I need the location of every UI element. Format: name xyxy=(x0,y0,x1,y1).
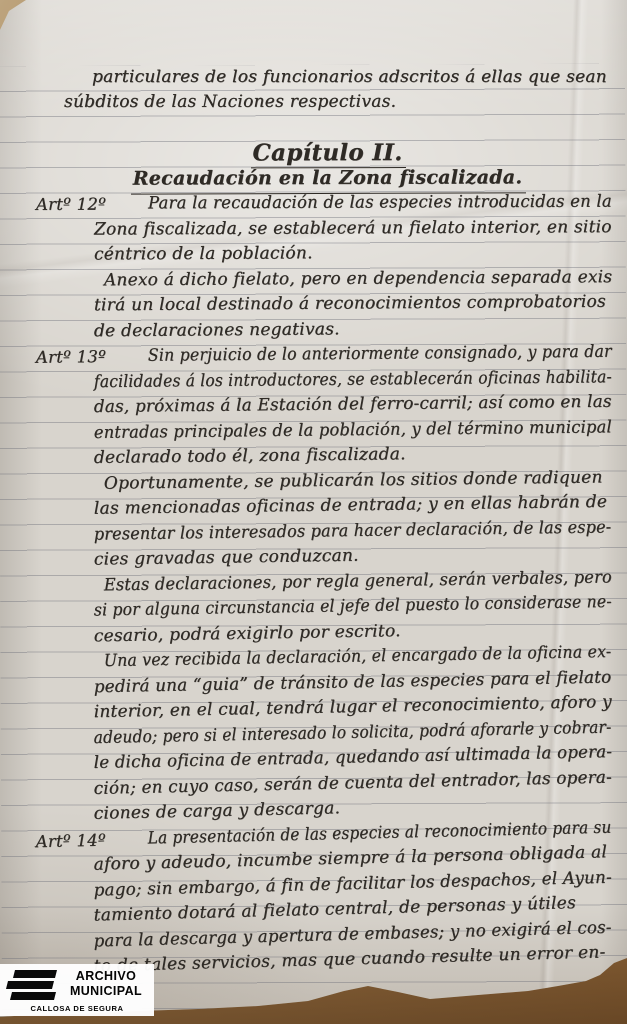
archive-logo-icon xyxy=(7,970,61,1001)
logo-bar-middle xyxy=(6,981,54,989)
manuscript-line: céntrico de la población. xyxy=(0,240,627,269)
manuscript-text: Zona fiscalizada, se establecerá un fiel… xyxy=(94,215,612,243)
manuscript-text: de declaraciones negativas. xyxy=(94,317,340,344)
manuscript-text: Anexo á dicho fielato, pero en dependenc… xyxy=(104,265,612,294)
manuscript-text: declarado todo él, zona fiscalizada. xyxy=(94,442,406,471)
manuscript-line: Artº 12ºPara la recaudación de las espec… xyxy=(0,190,627,218)
chapter-subtitle: Recaudación en la Zona fiscalizada. xyxy=(0,165,627,192)
article-number-label: Artº 14º xyxy=(35,827,106,854)
scanned-document-page: particulares de los funcionarios adscrit… xyxy=(0,0,627,1024)
article-number-label: Artº 12º xyxy=(36,192,106,218)
archive-name: ARCHIVO MUNICIPAL xyxy=(60,969,152,998)
logo-bar-bottom xyxy=(10,992,56,1000)
archive-watermark: ARCHIVO MUNICIPAL CALLOSA DE SEGURA xyxy=(0,964,154,1016)
manuscript-lines: particulares de los funcionarios adscrit… xyxy=(0,65,627,983)
article-number-label: Artº 13º xyxy=(36,344,106,370)
manuscript-text: céntrico de la población. xyxy=(94,241,313,268)
blank-line xyxy=(0,115,627,141)
manuscript-text: súbditos de las Naciones respectivas. xyxy=(64,90,396,116)
archive-name-line1: ARCHIVO xyxy=(60,969,152,984)
manuscript-text: Sin perjuicio de lo anteriormente consig… xyxy=(148,340,612,370)
manuscript-text: Capítulo II. xyxy=(250,140,406,168)
manuscript-text: Para la recaudación de las especies intr… xyxy=(148,190,612,217)
manuscript-text: tirá un local destinado á reconocimiento… xyxy=(94,290,606,319)
chapter-title: Capítulo II. xyxy=(0,140,627,167)
archive-name-line2: MUNICIPAL xyxy=(60,984,152,999)
logo-bar-top xyxy=(13,970,57,978)
manuscript-text: particulares de los funcionarios adscrit… xyxy=(92,65,607,91)
manuscript-paper: particulares de los funcionarios adscrit… xyxy=(0,0,627,1024)
manuscript-line: particulares de los funcionarios adscrit… xyxy=(0,65,627,91)
manuscript-line: Zona fiscalizada, se establecerá un fiel… xyxy=(0,215,627,243)
archive-town: CALLOSA DE SEGURA xyxy=(2,1004,152,1013)
manuscript-line: súbditos de las Naciones respectivas. xyxy=(0,90,627,116)
manuscript-text: cies gravadas que conduzcan. xyxy=(94,544,359,573)
